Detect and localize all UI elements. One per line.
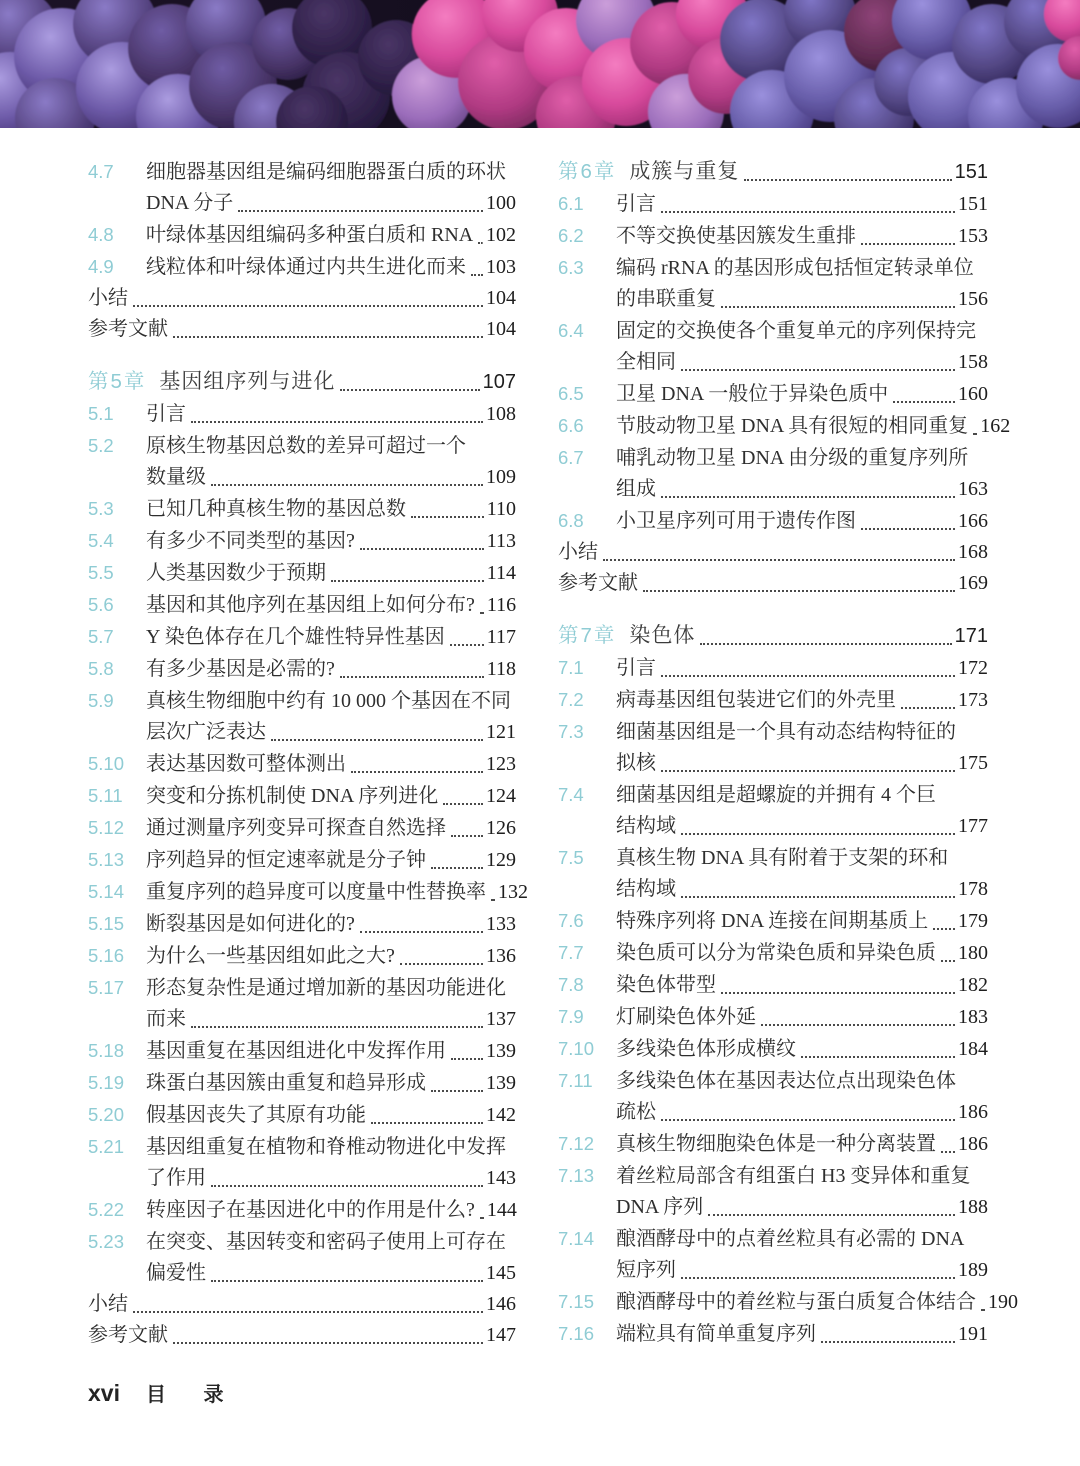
- toc-section-row: 5.20假基因丧失了其原有功能142: [88, 1099, 516, 1131]
- dot-leader: [941, 1151, 955, 1153]
- section-title: 真核生物细胞中约有 10 000 个基因在不同: [146, 686, 511, 717]
- page-number: 151: [958, 189, 988, 220]
- toc-plain-row: 小结104: [88, 283, 516, 314]
- toc-section-row: 5.14重复序列的趋异度可以度量中性替换率132: [88, 876, 516, 908]
- toc-column-right: 第6章成簇与重复1516.1引言1516.2不等交换使基因簇发生重排1536.3…: [558, 156, 988, 1350]
- page-number: 186: [958, 1097, 988, 1128]
- section-title: 断裂基因是如何进化的?: [146, 909, 355, 940]
- dot-leader: [700, 643, 951, 645]
- section-title: 珠蛋白基因簇由重复和趋异形成: [146, 1068, 426, 1099]
- page-number: 151: [955, 157, 988, 188]
- toc-section-row: 7.10多线染色体形成横纹184: [558, 1033, 988, 1065]
- toc-section-row: 5.7Y 染色体存在几个雄性特异性基因117: [88, 621, 516, 653]
- dot-leader: [450, 644, 484, 646]
- section-number: 7.13: [558, 1160, 616, 1191]
- dot-leader: [478, 242, 483, 244]
- dot-leader: [721, 992, 955, 994]
- toc-section-row: 7.2病毒基因组包装进它们的外壳里173: [558, 684, 988, 716]
- page-number: 123: [486, 749, 516, 780]
- entry-label: 参考文献: [88, 314, 168, 345]
- page-number: 180: [958, 938, 988, 969]
- toc-section-row-continued: 层次广泛表达121: [88, 717, 516, 748]
- entry-label: 参考文献: [558, 568, 638, 599]
- section-title: 叶绿体基因组编码多种蛋白质和 RNA: [146, 220, 473, 251]
- dot-leader: [331, 580, 484, 582]
- section-title: 基因组重复在植物和脊椎动物进化中发挥: [146, 1132, 506, 1163]
- section-number: 5.17: [88, 972, 146, 1003]
- section-title: 染色质可以分为常染色质和异染色质: [616, 938, 936, 969]
- section-title: 细菌基因组是超螺旋的并拥有 4 个巨: [616, 780, 936, 811]
- toc-section-row: 7.4细菌基因组是超螺旋的并拥有 4 个巨: [558, 779, 988, 811]
- section-number: 4.7: [88, 156, 146, 187]
- dot-leader: [400, 963, 483, 965]
- section-number: 7.6: [558, 905, 616, 936]
- section-title: 卫星 DNA 一般位于异染色质中: [616, 379, 888, 410]
- section-number: 7.10: [558, 1033, 616, 1064]
- page-number: 191: [958, 1319, 988, 1350]
- toc-plain-row: 小结146: [88, 1289, 516, 1320]
- toc-section-row: 5.11突变和分拣机制使 DNA 序列进化124: [88, 780, 516, 812]
- dot-leader: [801, 1056, 955, 1058]
- section-title: 已知几种真核生物的基因总数: [146, 494, 406, 525]
- page-number: 116: [487, 590, 516, 621]
- dot-leader: [861, 243, 955, 245]
- page-number: 146: [486, 1289, 516, 1320]
- section-number: 4.9: [88, 251, 146, 282]
- page-number: 100: [486, 188, 516, 219]
- page-number: 190: [988, 1287, 1018, 1318]
- section-title: 多线染色体形成横纹: [616, 1034, 796, 1065]
- section-number: 5.22: [88, 1194, 146, 1225]
- section-number: 6.2: [558, 220, 616, 251]
- section-number: 7.16: [558, 1318, 616, 1349]
- page-number: 163: [958, 474, 988, 505]
- section-number: 5.14: [88, 876, 146, 907]
- dot-leader: [681, 369, 955, 371]
- section-title-continued: 层次广泛表达: [146, 717, 266, 748]
- section-title: 病毒基因组包装进它们的外壳里: [616, 685, 896, 716]
- section-title-continued: 拟核: [616, 748, 656, 779]
- toc-section-row-continued: 拟核175: [558, 748, 988, 779]
- section-title: 表达基因数可整体测出: [146, 749, 346, 780]
- toc-section-row: 5.3已知几种真核生物的基因总数110: [88, 493, 516, 525]
- entry-label: 小结: [558, 537, 598, 568]
- section-number: 7.14: [558, 1223, 616, 1254]
- section-title: 编码 rRNA 的基因形成包括恒定转录单位: [616, 253, 974, 284]
- section-title: 不等交换使基因簇发生重排: [616, 221, 856, 252]
- toc-section-row: 7.6特殊序列将 DNA 连接在间期基质上179: [558, 905, 988, 937]
- toc-section-row: 6.7哺乳动物卫星 DNA 由分级的重复序列所: [558, 442, 988, 474]
- section-title: 原核生物基因总数的差异可超过一个: [146, 431, 466, 462]
- chapter-title: 成簇与重复: [629, 156, 739, 187]
- page-number: 160: [958, 379, 988, 410]
- entry-label: 参考文献: [88, 1320, 168, 1351]
- dot-leader: [661, 675, 955, 677]
- dot-leader: [173, 336, 483, 338]
- section-number: 5.15: [88, 908, 146, 939]
- toc-section-row: 5.15断裂基因是如何进化的?133: [88, 908, 516, 940]
- page-number: 175: [958, 748, 988, 779]
- page-number: 158: [958, 347, 988, 378]
- toc-section-row: 7.15酿酒酵母中的着丝粒与蛋白质复合体结合190: [558, 1286, 988, 1318]
- section-title: 引言: [616, 189, 656, 220]
- section-title: 节肢动物卫星 DNA 具有很短的相同重复: [616, 411, 968, 442]
- page-number: 108: [486, 399, 516, 430]
- dot-leader: [133, 1311, 483, 1313]
- page-number: 153: [958, 221, 988, 252]
- toc-section-row: 7.8染色体带型182: [558, 969, 988, 1001]
- chapter-title: 染色体: [629, 620, 695, 651]
- section-number: 7.5: [558, 842, 616, 873]
- toc-chapter-row: 第7章染色体171: [558, 620, 988, 652]
- page-number: 171: [955, 621, 988, 652]
- page-number: 188: [958, 1192, 988, 1223]
- toc-section-row: 7.3细菌基因组是一个具有动态结构特征的: [558, 716, 988, 748]
- toc-chapter-row: 第5章基因组序列与进化107: [88, 366, 516, 398]
- section-number: 6.3: [558, 252, 616, 283]
- section-title-continued: 组成: [616, 474, 656, 505]
- page-number: 162: [980, 411, 1010, 442]
- dot-leader: [661, 1119, 955, 1121]
- section-number: 7.2: [558, 684, 616, 715]
- section-title-continued: 偏爱性: [146, 1258, 206, 1289]
- toc-section-row-continued: DNA 序列188: [558, 1192, 988, 1223]
- toc-section-row: 5.13序列趋异的恒定速率就是分子钟129: [88, 844, 516, 876]
- page-number: 133: [486, 909, 516, 940]
- toc-chapter-row: 第6章成簇与重复151: [558, 156, 988, 188]
- page-number: 183: [958, 1002, 988, 1033]
- section-number: 6.6: [558, 410, 616, 441]
- page-number: 114: [487, 558, 516, 589]
- section-number: 5.9: [88, 685, 146, 716]
- page-number: 136: [486, 941, 516, 972]
- dot-leader: [603, 559, 955, 561]
- section-number: 5.1: [88, 398, 146, 429]
- dot-leader: [471, 274, 483, 276]
- section-title: 真核生物 DNA 具有附着于支架的环和: [616, 843, 948, 874]
- section-title: 真核生物细胞染色体是一种分离装置: [616, 1129, 936, 1160]
- dot-leader: [411, 516, 484, 518]
- section-title: 染色体带型: [616, 970, 716, 1001]
- toc-plain-row: 参考文献147: [88, 1320, 516, 1351]
- page-number: 109: [486, 462, 516, 493]
- section-number: 5.2: [88, 430, 146, 461]
- section-title: 小卫星序列可用于遗传作图: [616, 506, 856, 537]
- dot-leader: [191, 421, 483, 423]
- section-number: 7.4: [558, 779, 616, 810]
- dot-leader: [431, 867, 483, 869]
- section-number: 5.16: [88, 940, 146, 971]
- section-number: 7.15: [558, 1286, 616, 1317]
- dot-leader: [661, 211, 955, 213]
- toc-section-row: 5.22转座因子在基因进化中的作用是什么?144: [88, 1194, 516, 1226]
- page-number: 144: [487, 1195, 517, 1226]
- toc-section-row: 5.16为什么一些基因组如此之大?136: [88, 940, 516, 972]
- dot-leader: [491, 899, 495, 901]
- toc-section-row-continued: 疏松186: [558, 1097, 988, 1128]
- dot-leader: [133, 305, 483, 307]
- dot-leader: [661, 496, 955, 498]
- page-number: 143: [486, 1163, 516, 1194]
- page-number: 189: [958, 1255, 988, 1286]
- toc-section-row: 5.23在突变、基因转变和密码子使用上可存在: [88, 1226, 516, 1258]
- page-number: 186: [958, 1129, 988, 1160]
- dot-leader: [340, 389, 479, 391]
- dot-leader: [681, 833, 955, 835]
- section-number: 5.13: [88, 844, 146, 875]
- toc-section-row: 7.16端粒具有简单重复序列191: [558, 1318, 988, 1350]
- toc-section-row: 5.8有多少基因是必需的?118: [88, 653, 516, 685]
- toc-section-row-continued: DNA 分子100: [88, 188, 516, 219]
- page-number: 184: [958, 1034, 988, 1065]
- dot-leader: [191, 1026, 483, 1028]
- sphere-clusters-illustration: [0, 0, 1080, 128]
- toc-section-row: 5.1引言108: [88, 398, 516, 430]
- toc-section-row: 5.18基因重复在基因组进化中发挥作用139: [88, 1035, 516, 1067]
- section-number: 5.6: [88, 589, 146, 620]
- toc-section-row-continued: 数量级109: [88, 462, 516, 493]
- section-number: 5.7: [88, 621, 146, 652]
- dot-leader: [173, 1342, 483, 1344]
- page-number: 142: [486, 1100, 516, 1131]
- toc-section-row-continued: 结构域178: [558, 874, 988, 905]
- toc-section-row: 6.5卫星 DNA 一般位于异染色质中160: [558, 378, 988, 410]
- section-title-continued: 的串联重复: [616, 284, 716, 315]
- dot-leader: [643, 590, 955, 592]
- page-number: 182: [958, 970, 988, 1001]
- chapter-title: 基因组序列与进化: [159, 366, 335, 397]
- section-title: Y 染色体存在几个雄性特异性基因: [146, 622, 445, 653]
- page-number: 102: [486, 220, 516, 251]
- dot-leader: [211, 1185, 483, 1187]
- toc-section-row-continued: 偏爱性145: [88, 1258, 516, 1289]
- section-title: 通过测量序列变异可探查自然选择: [146, 813, 446, 844]
- section-number: 7.3: [558, 716, 616, 747]
- section-title: 端粒具有简单重复序列: [616, 1319, 816, 1350]
- page-number: 172: [958, 653, 988, 684]
- section-title-continued: 短序列: [616, 1255, 676, 1286]
- dot-leader: [431, 1090, 483, 1092]
- page-number: 179: [958, 906, 988, 937]
- footer-section-label: 目 录: [146, 1378, 240, 1407]
- section-number: 7.9: [558, 1001, 616, 1032]
- toc-section-row: 5.9真核生物细胞中约有 10 000 个基因在不同: [88, 685, 516, 717]
- section-title: 基因重复在基因组进化中发挥作用: [146, 1036, 446, 1067]
- chapter-number: 第7章: [558, 620, 616, 651]
- toc-section-row: 7.12真核生物细胞染色体是一种分离装置186: [558, 1128, 988, 1160]
- page-number: 103: [486, 252, 516, 283]
- toc-section-row: 5.19珠蛋白基因簇由重复和趋异形成139: [88, 1067, 516, 1099]
- section-number: 5.11: [88, 780, 146, 811]
- section-title-continued: 全相同: [616, 347, 676, 378]
- toc-section-row: 5.10表达基因数可整体测出123: [88, 748, 516, 780]
- page-number: 166: [958, 506, 988, 537]
- section-title: 转座因子在基因进化中的作用是什么?: [146, 1195, 475, 1226]
- section-title-continued: DNA 序列: [616, 1192, 703, 1223]
- section-number: 5.18: [88, 1035, 146, 1066]
- toc-plain-row: 参考文献169: [558, 568, 988, 599]
- dot-leader: [238, 210, 483, 212]
- toc-section-row: 6.2不等交换使基因簇发生重排153: [558, 220, 988, 252]
- page-number: 104: [486, 314, 516, 345]
- toc-section-row: 4.8叶绿体基因组编码多种蛋白质和 RNA102: [88, 219, 516, 251]
- dot-leader: [443, 803, 483, 805]
- section-title: 为什么一些基因组如此之大?: [146, 941, 395, 972]
- toc-section-row-continued: 了作用143: [88, 1163, 516, 1194]
- dot-leader: [661, 770, 955, 772]
- toc-section-row: 6.3编码 rRNA 的基因形成包括恒定转录单位: [558, 252, 988, 284]
- dot-leader: [681, 896, 955, 898]
- section-number: 5.12: [88, 812, 146, 843]
- section-number: 6.8: [558, 505, 616, 536]
- toc-section-row: 7.14酿酒酵母中的点着丝粒具有必需的 DNA: [558, 1223, 988, 1255]
- section-title-continued: 结构域: [616, 874, 676, 905]
- section-title: 细菌基因组是一个具有动态结构特征的: [616, 717, 956, 748]
- toc-column-left: 4.7细胞器基因组是编码细胞器蛋白质的环状DNA 分子1004.8叶绿体基因组编…: [88, 156, 516, 1351]
- toc-section-row: 6.4固定的交换使各个重复单元的序列保持完: [558, 315, 988, 347]
- toc-section-row: 5.12通过测量序列变异可探查自然选择126: [88, 812, 516, 844]
- page-number: 129: [486, 845, 516, 876]
- section-number: 6.1: [558, 188, 616, 219]
- section-title: 灯刷染色体外延: [616, 1002, 756, 1033]
- section-number: 6.4: [558, 315, 616, 346]
- toc-section-row-continued: 组成163: [558, 474, 988, 505]
- toc-section-row: 5.2原核生物基因总数的差异可超过一个: [88, 430, 516, 462]
- toc-section-row: 5.17形态复杂性是通过增加新的基因功能进化: [88, 972, 516, 1004]
- dot-leader: [708, 1214, 955, 1216]
- section-number: 5.5: [88, 557, 146, 588]
- section-title: 突变和分拣机制使 DNA 序列进化: [146, 781, 438, 812]
- dot-leader: [973, 433, 977, 435]
- page-number: 104: [486, 283, 516, 314]
- toc-section-row: 7.7染色质可以分为常染色质和异染色质180: [558, 937, 988, 969]
- dot-leader: [371, 1122, 483, 1124]
- section-title: 特殊序列将 DNA 连接在间期基质上: [616, 906, 928, 937]
- dot-leader: [744, 179, 951, 181]
- dot-leader: [271, 739, 483, 741]
- section-title-continued: DNA 分子: [146, 188, 233, 219]
- section-title-continued: 疏松: [616, 1097, 656, 1128]
- section-title: 细胞器基因组是编码细胞器蛋白质的环状: [146, 157, 506, 188]
- page-number: 147: [486, 1320, 516, 1351]
- page-number: 110: [487, 494, 516, 525]
- page-number: 126: [486, 813, 516, 844]
- section-number: 7.12: [558, 1128, 616, 1159]
- page-number: 156: [958, 284, 988, 315]
- section-number: 6.5: [558, 378, 616, 409]
- page-footer: xvi 目 录: [88, 1378, 240, 1407]
- toc-plain-row: 参考文献104: [88, 314, 516, 345]
- section-title: 在突变、基因转变和密码子使用上可存在: [146, 1227, 506, 1258]
- dot-leader: [211, 484, 483, 486]
- dot-leader: [351, 771, 483, 773]
- toc-section-row-continued: 而来137: [88, 1004, 516, 1035]
- page-number: 139: [486, 1068, 516, 1099]
- section-number: 5.4: [88, 525, 146, 556]
- toc-section-row-continued: 的串联重复156: [558, 284, 988, 315]
- dot-leader: [360, 548, 484, 550]
- section-number: 7.8: [558, 969, 616, 1000]
- page-number: 168: [958, 537, 988, 568]
- folio-page-number: xvi: [88, 1380, 120, 1407]
- page-number: 177: [958, 811, 988, 842]
- dot-leader: [761, 1024, 955, 1026]
- section-number: 5.21: [88, 1131, 146, 1162]
- toc-section-row: 7.5真核生物 DNA 具有附着于支架的环和: [558, 842, 988, 874]
- section-title: 形态复杂性是通过增加新的基因功能进化: [146, 973, 506, 1004]
- page-number: 145: [486, 1258, 516, 1289]
- dot-leader: [941, 960, 955, 962]
- section-title: 有多少基因是必需的?: [146, 654, 335, 685]
- toc-section-row: 5.21基因组重复在植物和脊椎动物进化中发挥: [88, 1131, 516, 1163]
- section-title: 基因和其他序列在基因组上如何分布?: [146, 590, 475, 621]
- toc-section-row: 5.6基因和其他序列在基因组上如何分布?116: [88, 589, 516, 621]
- section-number: 5.10: [88, 748, 146, 779]
- section-number: 4.8: [88, 219, 146, 250]
- toc-section-row: 7.13着丝粒局部含有组蛋白 H3 变异体和重复: [558, 1160, 988, 1192]
- toc-section-row-continued: 短序列189: [558, 1255, 988, 1286]
- dot-leader: [893, 401, 955, 403]
- section-number: 5.3: [88, 493, 146, 524]
- page-number: 173: [958, 685, 988, 716]
- section-number: 5.19: [88, 1067, 146, 1098]
- toc-section-row-continued: 全相同158: [558, 347, 988, 378]
- dot-leader: [681, 1277, 955, 1279]
- dot-leader: [861, 528, 955, 530]
- chapter-number: 第6章: [558, 156, 616, 187]
- page-number: 118: [487, 654, 516, 685]
- section-title-continued: 数量级: [146, 462, 206, 493]
- toc-section-row: 5.5人类基因数少于预期114: [88, 557, 516, 589]
- page-number: 139: [486, 1036, 516, 1067]
- page-number: 169: [958, 568, 988, 599]
- toc-plain-row: 小结168: [558, 537, 988, 568]
- section-title: 酿酒酵母中的着丝粒与蛋白质复合体结合: [616, 1287, 976, 1318]
- section-number: 7.7: [558, 937, 616, 968]
- page-number: 117: [487, 622, 516, 653]
- toc-section-row: 6.8小卫星序列可用于遗传作图166: [558, 505, 988, 537]
- dot-leader: [451, 1058, 483, 1060]
- section-number: 5.8: [88, 653, 146, 684]
- section-number: 7.11: [558, 1065, 616, 1096]
- entry-label: 小结: [88, 283, 128, 314]
- dot-leader: [360, 931, 483, 933]
- toc-section-row: 5.4有多少不同类型的基因?113: [88, 525, 516, 557]
- toc-section-row: 7.11多线染色体在基因表达位点出现染色体: [558, 1065, 988, 1097]
- toc-section-row: 6.6节肢动物卫星 DNA 具有很短的相同重复162: [558, 410, 988, 442]
- section-title: 引言: [146, 399, 186, 430]
- page-number: 113: [487, 526, 516, 557]
- dot-leader: [451, 835, 483, 837]
- section-title-continued: 结构域: [616, 811, 676, 842]
- chapter-number: 第5章: [88, 366, 146, 397]
- section-title: 有多少不同类型的基因?: [146, 526, 355, 557]
- page-number: 178: [958, 874, 988, 905]
- section-title: 酿酒酵母中的点着丝粒具有必需的 DNA: [616, 1224, 964, 1255]
- section-title: 哺乳动物卫星 DNA 由分级的重复序列所: [616, 443, 968, 474]
- section-title: 着丝粒局部含有组蛋白 H3 变异体和重复: [616, 1161, 970, 1192]
- dot-leader: [480, 612, 484, 614]
- toc-section-row: 7.1引言172: [558, 652, 988, 684]
- section-number: 5.23: [88, 1226, 146, 1257]
- page-number: 121: [486, 717, 516, 748]
- dot-leader: [981, 1309, 985, 1311]
- page-number: 107: [483, 367, 516, 398]
- header-image: [0, 0, 1080, 128]
- dot-leader: [480, 1217, 484, 1219]
- page-number: 132: [498, 877, 528, 908]
- dot-leader: [901, 707, 955, 709]
